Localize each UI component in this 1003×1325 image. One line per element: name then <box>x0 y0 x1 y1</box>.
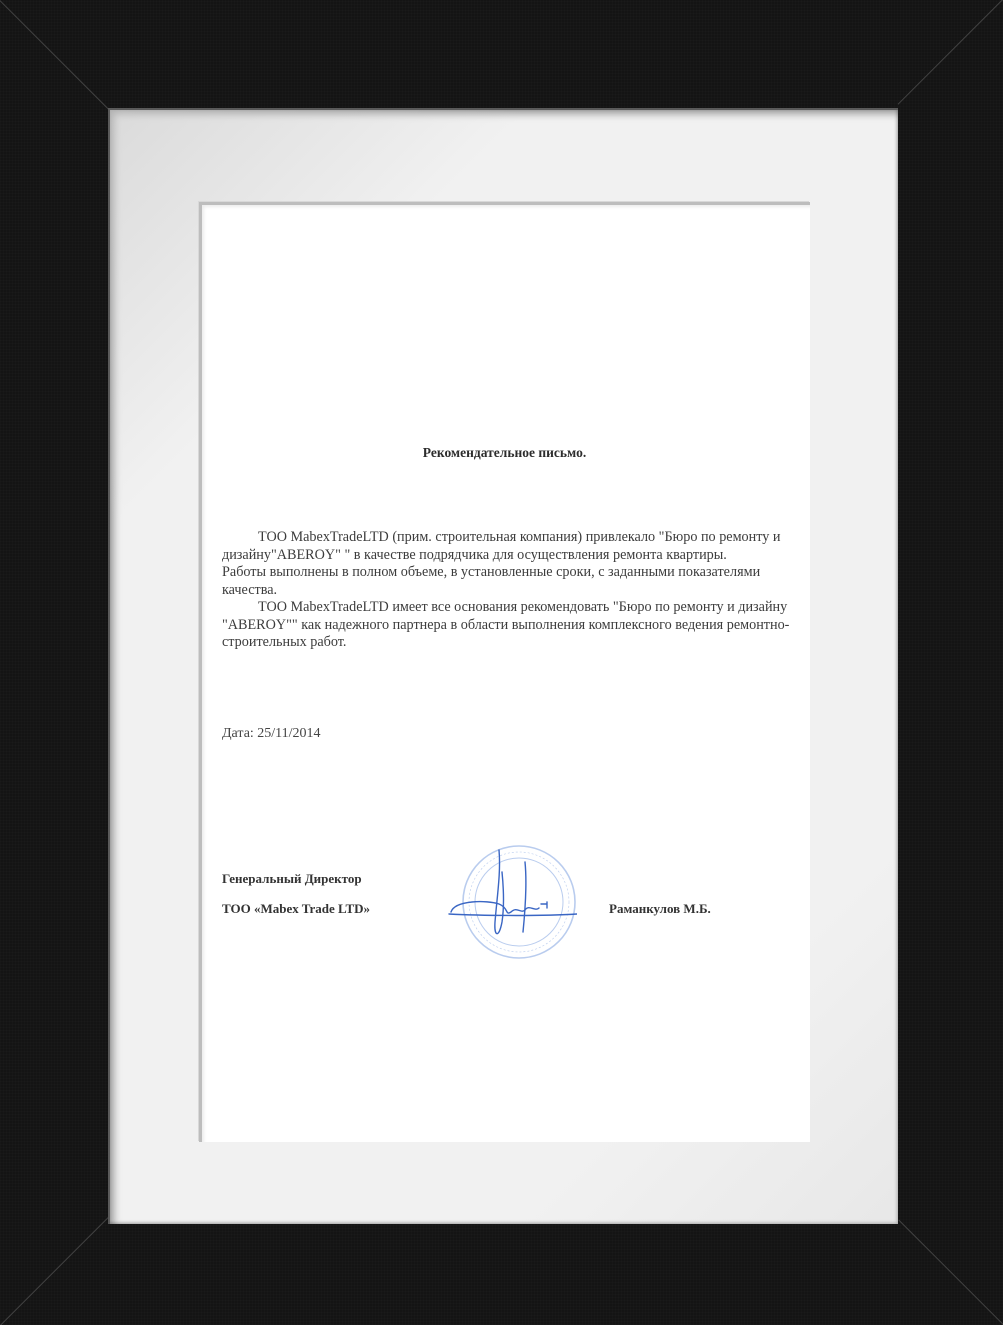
signatory-name: Раманкулов М.Б. <box>609 901 711 917</box>
stamp-signature-icon <box>447 842 577 962</box>
frame-mitre-line <box>898 0 1003 105</box>
frame-mitre-line <box>0 0 109 110</box>
letter-paragraph: ТОО MabexTradeLTD имеет все основания ре… <box>222 599 792 652</box>
letter-body: ТОО MabexTradeLTD (прим. строительная ко… <box>222 529 792 652</box>
signatory-organization: ТОО «Mabex Trade LTD» <box>222 901 370 917</box>
letter-title: Рекомендательное письмо. <box>199 445 810 461</box>
frame-mitre-line <box>898 1220 1003 1325</box>
frame-mitre-line <box>0 1216 110 1325</box>
recommendation-letter: Рекомендательное письмо. ТОО MabexTradeL… <box>199 202 810 1142</box>
letter-paragraph: Работы выполнены в полном объеме, в уста… <box>222 564 792 599</box>
letter-paragraph: ТОО MabexTradeLTD (прим. строительная ко… <box>222 529 792 564</box>
signatory-position: Генеральный Директор <box>222 871 362 887</box>
letter-date: Дата: 25/11/2014 <box>222 726 321 742</box>
